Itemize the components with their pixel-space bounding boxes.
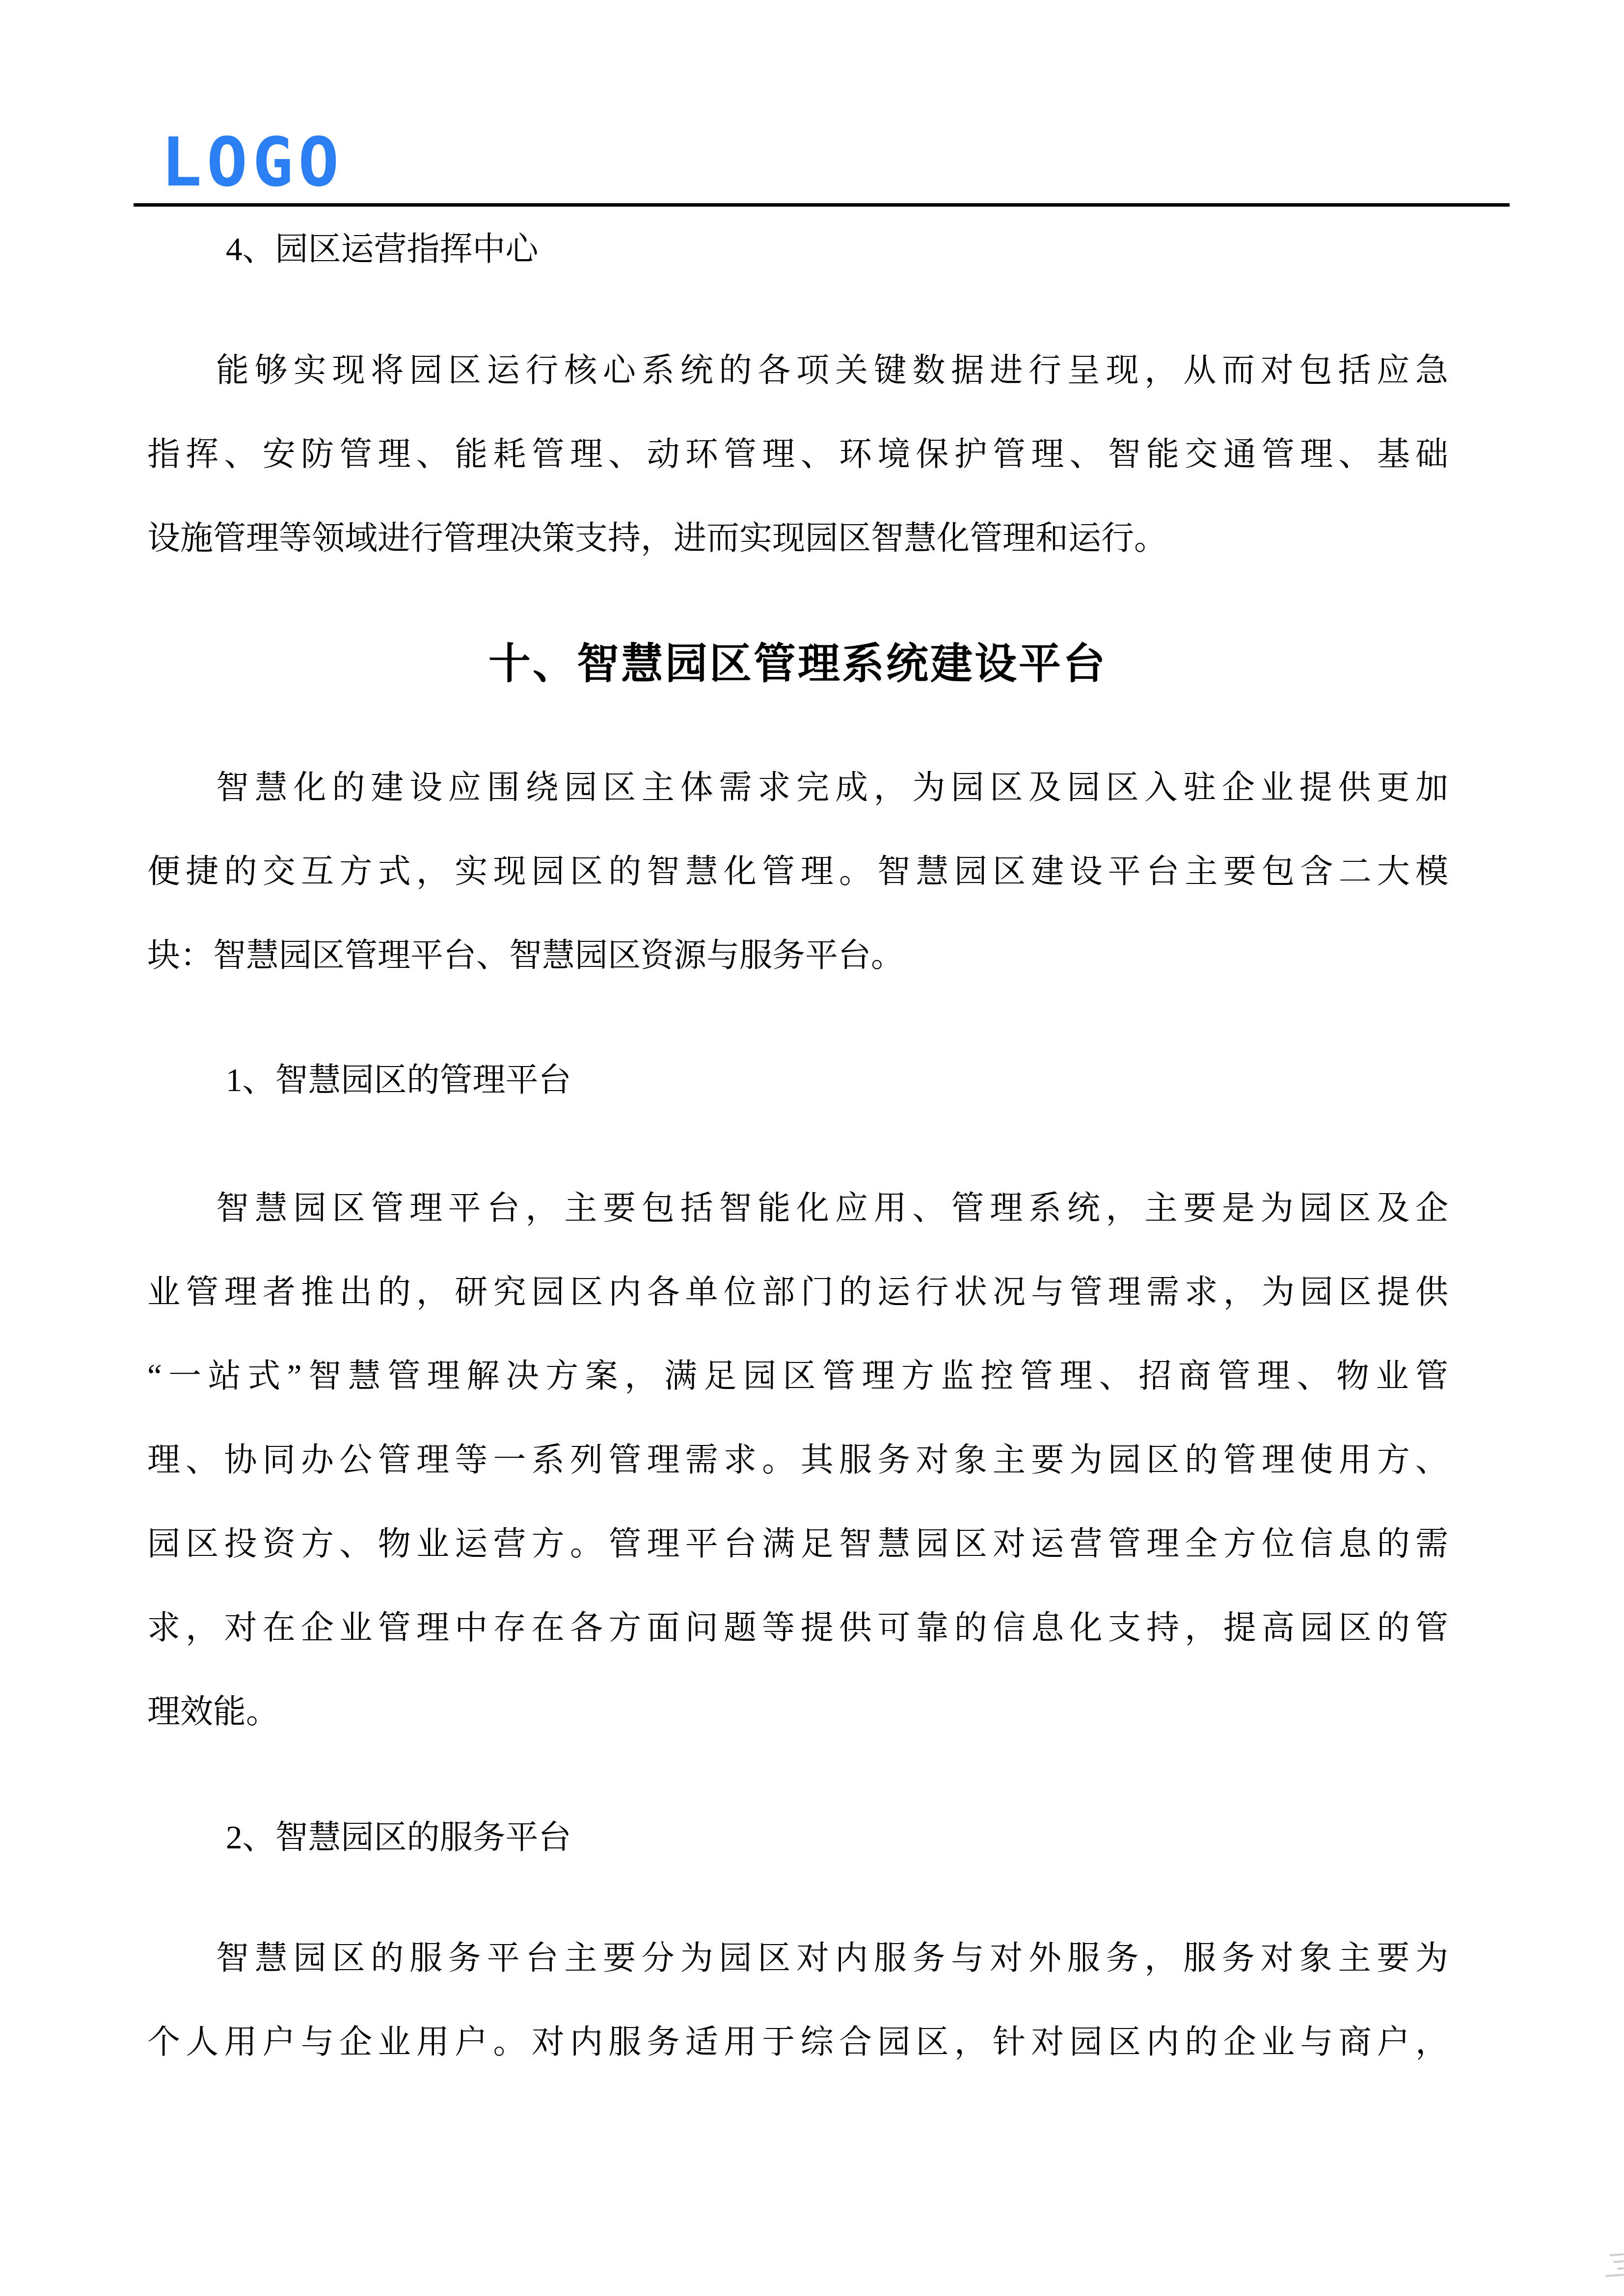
paragraph-line: 个人用户与企业用户。对内服务适用于综合园区，针对园区内的企业与商户，: [147, 2001, 1448, 2084]
paragraph-line: 业管理者推出的，研究园区内各单位部门的运行状况与管理需求，为园区提供: [147, 1251, 1448, 1335]
paragraph-line: 设施管理等领域进行管理决策支持，进而实现园区智慧化管理和运行。: [147, 497, 1448, 581]
paragraph-line: 智慧园区的服务平台主要分为园区对内服务与对外服务，服务对象主要为: [147, 1917, 1448, 2001]
faint-mark: [1617, 2268, 1624, 2270]
section-heading-2: 2、智慧园区的服务平台: [147, 1796, 1448, 1880]
paragraph-line: 求，对在企业管理中存在各方面问题等提供可靠的信息化支持，提高园区的管: [147, 1586, 1448, 1670]
paragraph-3: 智慧园区管理平台，主要包括智能化应用、管理系统，主要是为园区及企 业管理者推出的…: [147, 1167, 1448, 1754]
faint-mark: [1605, 2274, 1624, 2277]
header-rule: [134, 203, 1510, 207]
brand-logo: LOGO: [161, 136, 1448, 188]
paragraph-line: 便捷的交互方式，实现园区的智慧化管理。智慧园区建设平台主要包含二大模: [147, 830, 1448, 914]
section-heading-1: 1、智慧园区的管理平台: [147, 1039, 1448, 1122]
paragraph-line: 智慧化的建设应围绕园区主体需求完成，为园区及园区入驻企业提供更加: [147, 746, 1448, 830]
paragraph-line: 能够实现将园区运行核心系统的各项关键数据进行呈现，从而对包括应急: [147, 329, 1448, 413]
paragraph-line: 指挥、安防管理、能耗管理、动环管理、环境保护管理、智能交通管理、基础: [147, 413, 1448, 497]
paragraph-line: 理效能。: [147, 1670, 1448, 1754]
paragraph-1: 能够实现将园区运行核心系统的各项关键数据进行呈现，从而对包括应急 指挥、安防管理…: [147, 329, 1448, 581]
faint-corner-marks: [1602, 2254, 1624, 2281]
paragraph-line: 块：智慧园区管理平台、智慧园区资源与服务平台。: [147, 914, 1448, 998]
paragraph-line: 理、协同办公管理等一系列管理需求。其服务对象主要为园区的管理使用方、: [147, 1418, 1448, 1502]
faint-mark: [1609, 2253, 1624, 2256]
main-title: 十、智慧园区管理系统建设平台: [147, 622, 1448, 706]
section-heading-4: 4、园区运营指挥中心: [147, 208, 1448, 292]
document-page: LOGO 4、园区运营指挥中心 能够实现将园区运行核心系统的各项关键数据进行呈现…: [0, 0, 1624, 2296]
paragraph-2: 智慧化的建设应围绕园区主体需求完成，为园区及园区入驻企业提供更加 便捷的交互方式…: [147, 746, 1448, 998]
paragraph-line: 智慧园区管理平台，主要包括智能化应用、管理系统，主要是为园区及企: [147, 1167, 1448, 1251]
paragraph-line: “一站式”智慧管理解决方案，满足园区管理方监控管理、招商管理、物业管: [147, 1335, 1448, 1418]
faint-mark: [1613, 2260, 1624, 2263]
paragraph-4: 智慧园区的服务平台主要分为园区对内服务与对外服务，服务对象主要为 个人用户与企业…: [147, 1917, 1448, 2084]
paragraph-line: 园区投资方、物业运营方。管理平台满足智慧园区对运营管理全方位信息的需: [147, 1502, 1448, 1586]
